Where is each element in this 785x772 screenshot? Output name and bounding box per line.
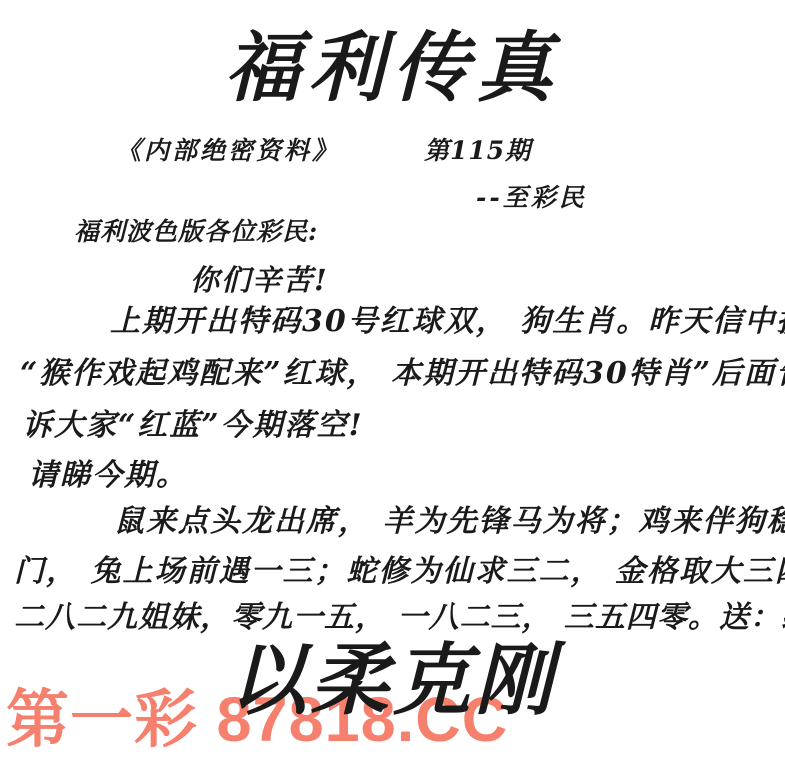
issue-number: 第115期: [424, 137, 531, 165]
dedication-line: --至彩民: [476, 184, 587, 212]
classification-label: 《内部绝密资料》: [116, 137, 340, 165]
fax-document-page: 福利传真 《内部绝密资料》 第115期 --至彩民 福利波色版各位彩民: 你们辛…: [0, 0, 785, 772]
greeting-line: 你们辛苦!: [190, 265, 329, 297]
review-line-3: 诉大家“红蓝”今期落空!: [22, 409, 364, 442]
review-line-2: “猴作戏起鸡配来”红球， 本期开出特码30特肖”后面告: [20, 357, 785, 390]
review-line-1: 上期开出特码30号红球双， 狗生肖。昨天信中提供: [110, 305, 785, 338]
signature-calligraphy: 以柔克刚: [0, 638, 785, 724]
salutation-line: 福利波色版各位彩民:: [74, 218, 318, 246]
page-title: 福利传真: [0, 26, 785, 110]
watch-this-issue-line: 请睇今期。: [28, 459, 188, 492]
tips-line-3: 二八二九姐妹，零九一五， 一八二三， 三五四零。送：红绿: [14, 601, 785, 634]
tips-line-2: 门， 兔上场前遇一三；蛇修为仙求三二， 金格取大三四七。: [14, 555, 785, 588]
tips-line-1: 鼠来点头龙出席， 羊为先锋马为将；鸡来伴狗稳家: [114, 505, 785, 538]
